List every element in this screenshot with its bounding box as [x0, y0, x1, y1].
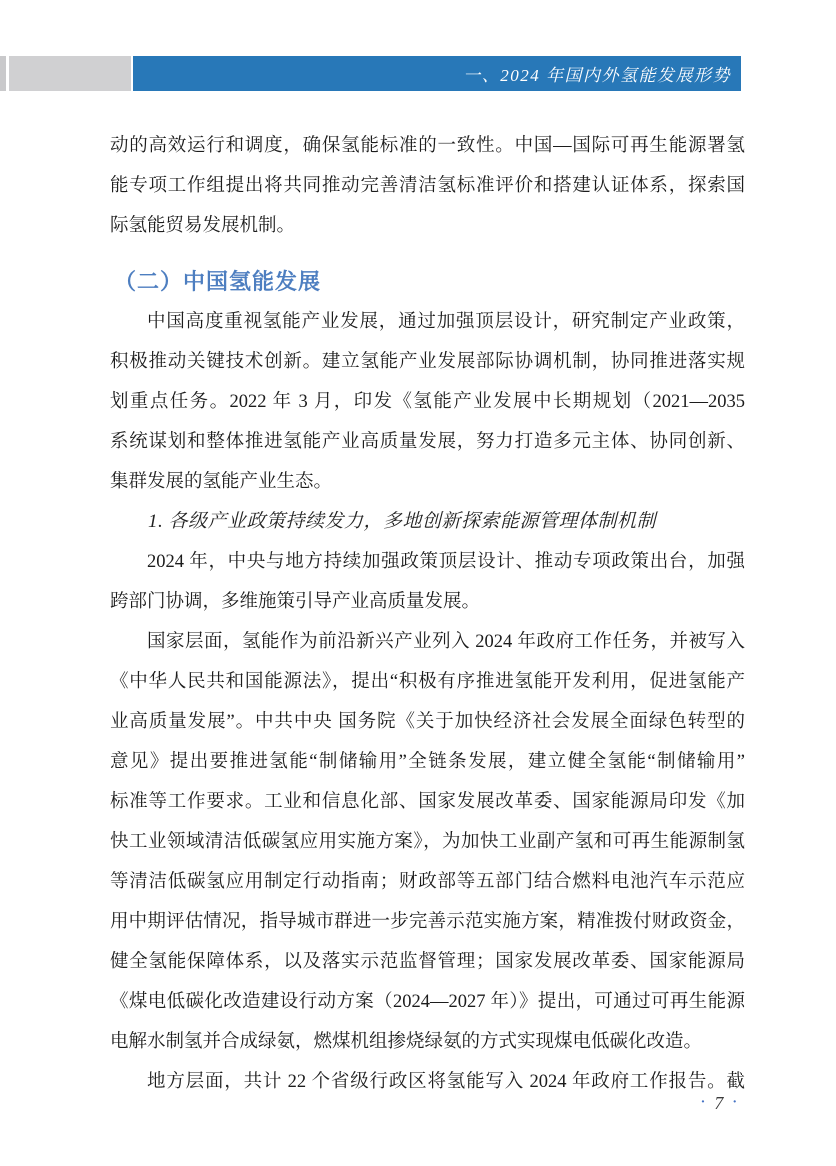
footer-left-dot: · [701, 1092, 706, 1114]
text-line: 2024 年，中央与地方持续加强政策顶层设计、推动专项政策出台，加强 [110, 542, 745, 582]
page-footer: · 7 · [701, 1092, 737, 1114]
text-line: 意见》提出要推进氢能“制储输用”全链条发展，建立健全氢能“制储输用” [110, 742, 745, 782]
text-line: 快工业领域清洁低碳氢应用实施方案》，为加快工业副产氢和可再生能源制氢 [110, 822, 745, 862]
text-line: 跨部门协调，多维施策引导产业高质量发展。 [110, 582, 745, 622]
header-edge-sliver [0, 56, 6, 91]
text-line: 际氢能贸易发展机制。 [110, 206, 745, 246]
text-line: 地方层面，共计 22 个省级行政区将氢能写入 2024 年政府工作报告。截 [110, 1062, 745, 1102]
text-line: 划重点任务。2022 年 3 月，印发《氢能产业发展中长期规划（2021—203… [110, 382, 745, 422]
text-line: 系统谋划和整体推进氢能产业高质量发展，努力打造多元主体、协同创新、 [110, 422, 745, 462]
text-line: 等清洁低碳氢应用制定行动指南；财政部等五部门结合燃料电池汽车示范应 [110, 862, 745, 902]
running-head-title: 一、2024 年国内外氢能发展形势 [463, 61, 731, 86]
text-line: 电解水制氢并合成绿氨，燃煤机组掺烧绿氨的方式实现煤电低碳化改造。 [110, 1022, 745, 1062]
text-line: 《中华人民共和国能源法》，提出“积极有序推进氢能开发利用，促进氢能产 [110, 662, 745, 702]
paragraph: 中国高度重视氢能产业发展，通过加强顶层设计，研究制定产业政策，积极推动关键技术创… [110, 302, 745, 502]
page-header: 一、2024 年国内外氢能发展形势 [0, 56, 836, 91]
page-number: 7 [714, 1092, 723, 1114]
text-line: 用中期评估情况，指导城市群进一步完善示范实施方案，精准拨付财政资金， [110, 902, 745, 942]
text-line: 动的高效运行和调度，确保氢能标准的一致性。中国—国际可再生能源署氢 [110, 126, 745, 166]
text-line: 积极推动关键技术创新。建立氢能产业发展部际协调机制，协同推进落实规 [110, 342, 745, 382]
footer-right-dot: · [732, 1092, 737, 1114]
paragraph: 国家层面，氢能作为前沿新兴产业列入 2024 年政府工作任务，并被写入《中华人民… [110, 622, 745, 1062]
document-body: 动的高效运行和调度，确保氢能标准的一致性。中国—国际可再生能源署氢能专项工作组提… [110, 126, 745, 1102]
text-line: 《煤电低碳化改造建设行动方案（2024—2027 年）》提出，可通过可再生能源 [110, 982, 745, 1022]
text-line: 国家层面，氢能作为前沿新兴产业列入 2024 年政府工作任务，并被写入 [110, 622, 745, 662]
header-bar: 一、2024 年国内外氢能发展形势 [133, 56, 741, 91]
text-line: 能专项工作组提出将共同推动完善清洁氢标准评价和搭建认证体系，探索国 [110, 166, 745, 206]
header-gray-tab [9, 56, 131, 91]
section-heading: （二）中国氢能发展 [110, 268, 745, 296]
paragraph: 动的高效运行和调度，确保氢能标准的一致性。中国—国际可再生能源署氢能专项工作组提… [110, 126, 745, 246]
text-line: 业高质量发展”。中共中央 国务院《关于加快经济社会发展全面绿色转型的 [110, 702, 745, 742]
text-line: 标准等工作要求。工业和信息化部、国家发展改革委、国家能源局印发《加 [110, 782, 745, 822]
text-line: 中国高度重视氢能产业发展，通过加强顶层设计，研究制定产业政策， [110, 302, 745, 342]
paragraph: 2024 年，中央与地方持续加强政策顶层设计、推动专项政策出台，加强跨部门协调，… [110, 542, 745, 622]
text-line: 集群发展的氢能产业生态。 [110, 462, 745, 502]
paragraph: 地方层面，共计 22 个省级行政区将氢能写入 2024 年政府工作报告。截 [110, 1062, 745, 1102]
text-line: 健全氢能保障体系，以及落实示范监督管理；国家发展改革委、国家能源局 [110, 942, 745, 982]
numbered-subheading: 1. 各级产业政策持续发力，多地创新探索能源管理体制机制 [110, 502, 745, 542]
